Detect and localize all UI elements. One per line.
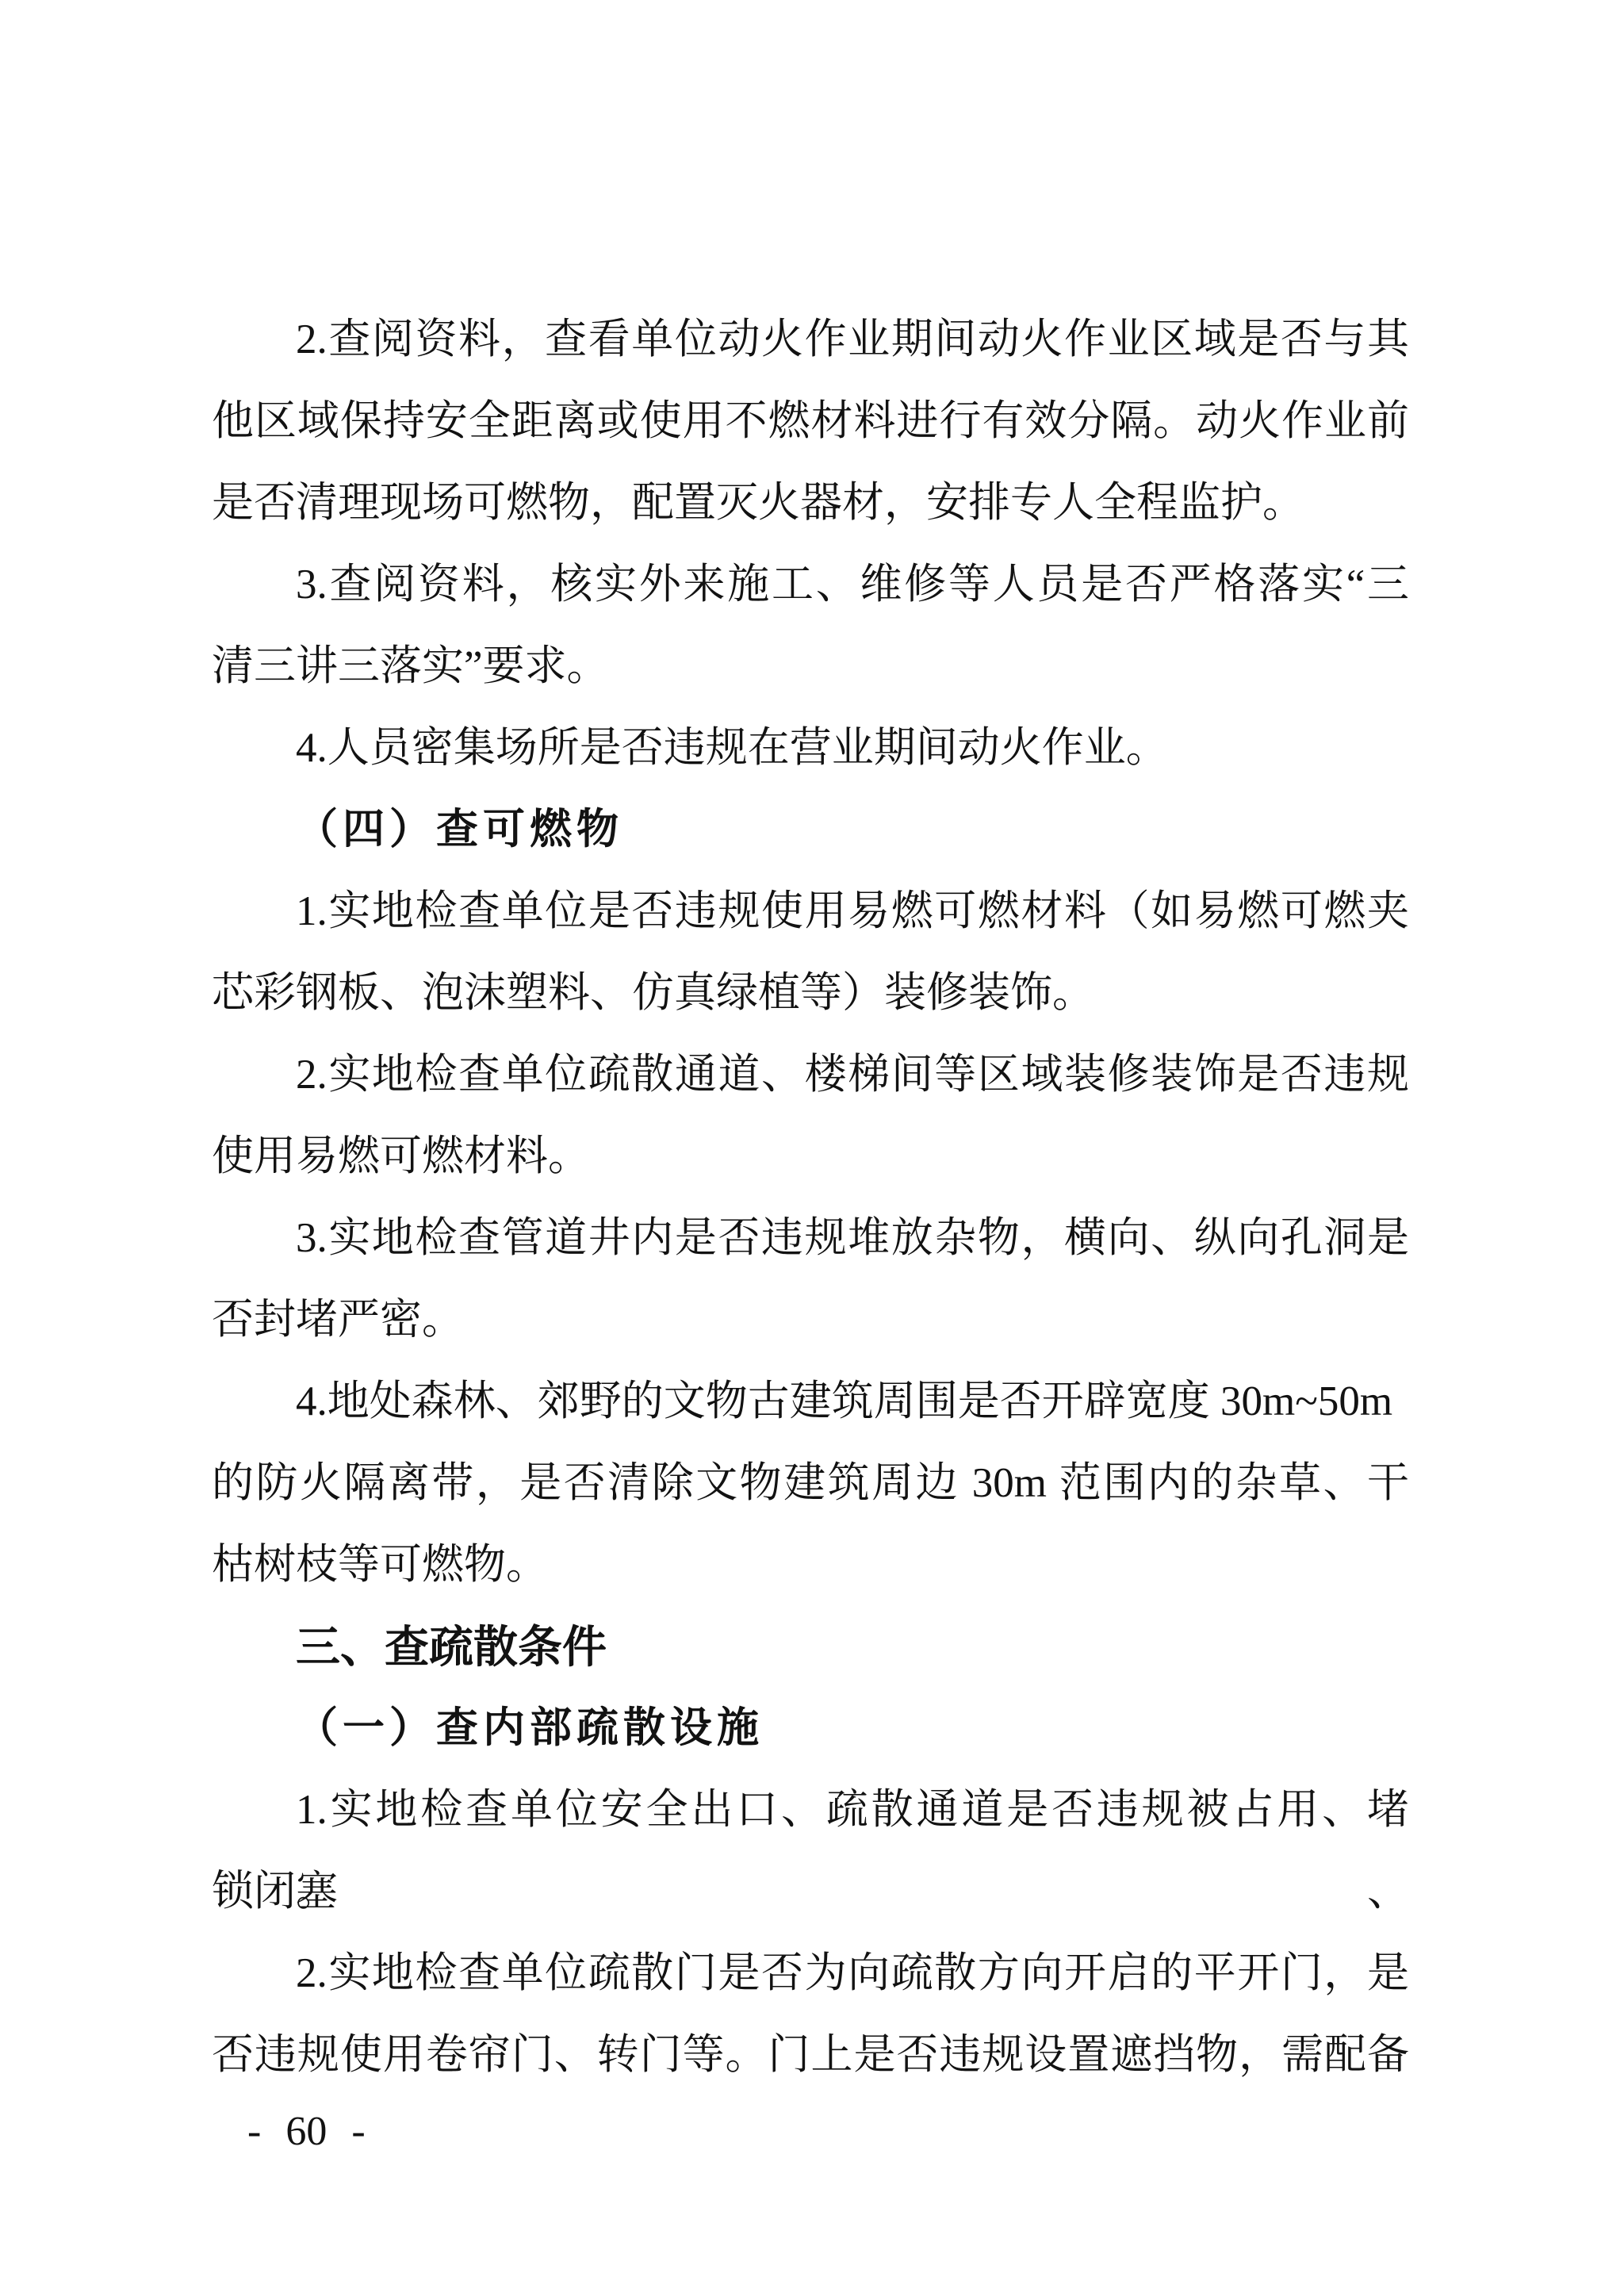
section-heading: 三、查疏散条件 [212,1606,1409,1688]
body-line: 3.查阅资料，核实外来施工、维修等人员是否严格落实“三 [212,544,1409,626]
page-number: - 60 - [247,2110,366,2154]
document-body: 2.查阅资料，查看单位动火作业期间动火作业区域是否与其 他区域保持安全距离或使用… [212,299,1409,2096]
body-line: 1.实地检查单位是否违规使用易燃可燃材料（如易燃可燃夹 [212,871,1409,953]
body-line: 清三讲三落实”要求。 [212,626,1409,707]
body-line: 否封堵严密。 [212,1279,1409,1361]
body-line: 的防火隔离带，是否清除文物建筑周边 30m 范围内的杂草、干 [212,1443,1409,1524]
body-line: 是否清理现场可燃物，配置灭火器材，安排专人全程监护。 [212,462,1409,544]
body-line: 1.实地检查单位安全出口、疏散通道是否违规被占用、堵塞、 [212,1769,1409,1851]
document-page: 2.查阅资料，查看单位动火作业期间动火作业区域是否与其 他区域保持安全距离或使用… [0,0,1624,2296]
body-line: 他区域保持安全距离或使用不燃材料进行有效分隔。动火作业前 [212,381,1409,462]
body-line: 2.实地检查单位疏散通道、楼梯间等区域装修装饰是否违规 [212,1034,1409,1116]
body-line: 使用易燃可燃材料。 [212,1116,1409,1198]
body-line: 2.查阅资料，查看单位动火作业期间动火作业区域是否与其 [212,299,1409,381]
body-line: 枯树枝等可燃物。 [212,1524,1409,1606]
body-line: 3.实地检查管道井内是否违规堆放杂物，横向、纵向孔洞是 [212,1198,1409,1279]
subsection-heading: （四）查可燃物 [212,789,1409,871]
subsection-heading: （一）查内部疏散设施 [212,1688,1409,1769]
body-line: 4.地处森林、郊野的文物古建筑周围是否开辟宽度 30m~50m [212,1361,1409,1443]
body-line: 芯彩钢板、泡沫塑料、仿真绿植等）装修装饰。 [212,953,1409,1034]
body-line: 4.人员密集场所是否违规在营业期间动火作业。 [212,707,1409,789]
body-line: 否违规使用卷帘门、转门等。门上是否违规设置遮挡物，需配备 [212,2014,1409,2096]
body-line: 2.实地检查单位疏散门是否为向疏散方向开启的平开门，是 [212,1933,1409,2014]
